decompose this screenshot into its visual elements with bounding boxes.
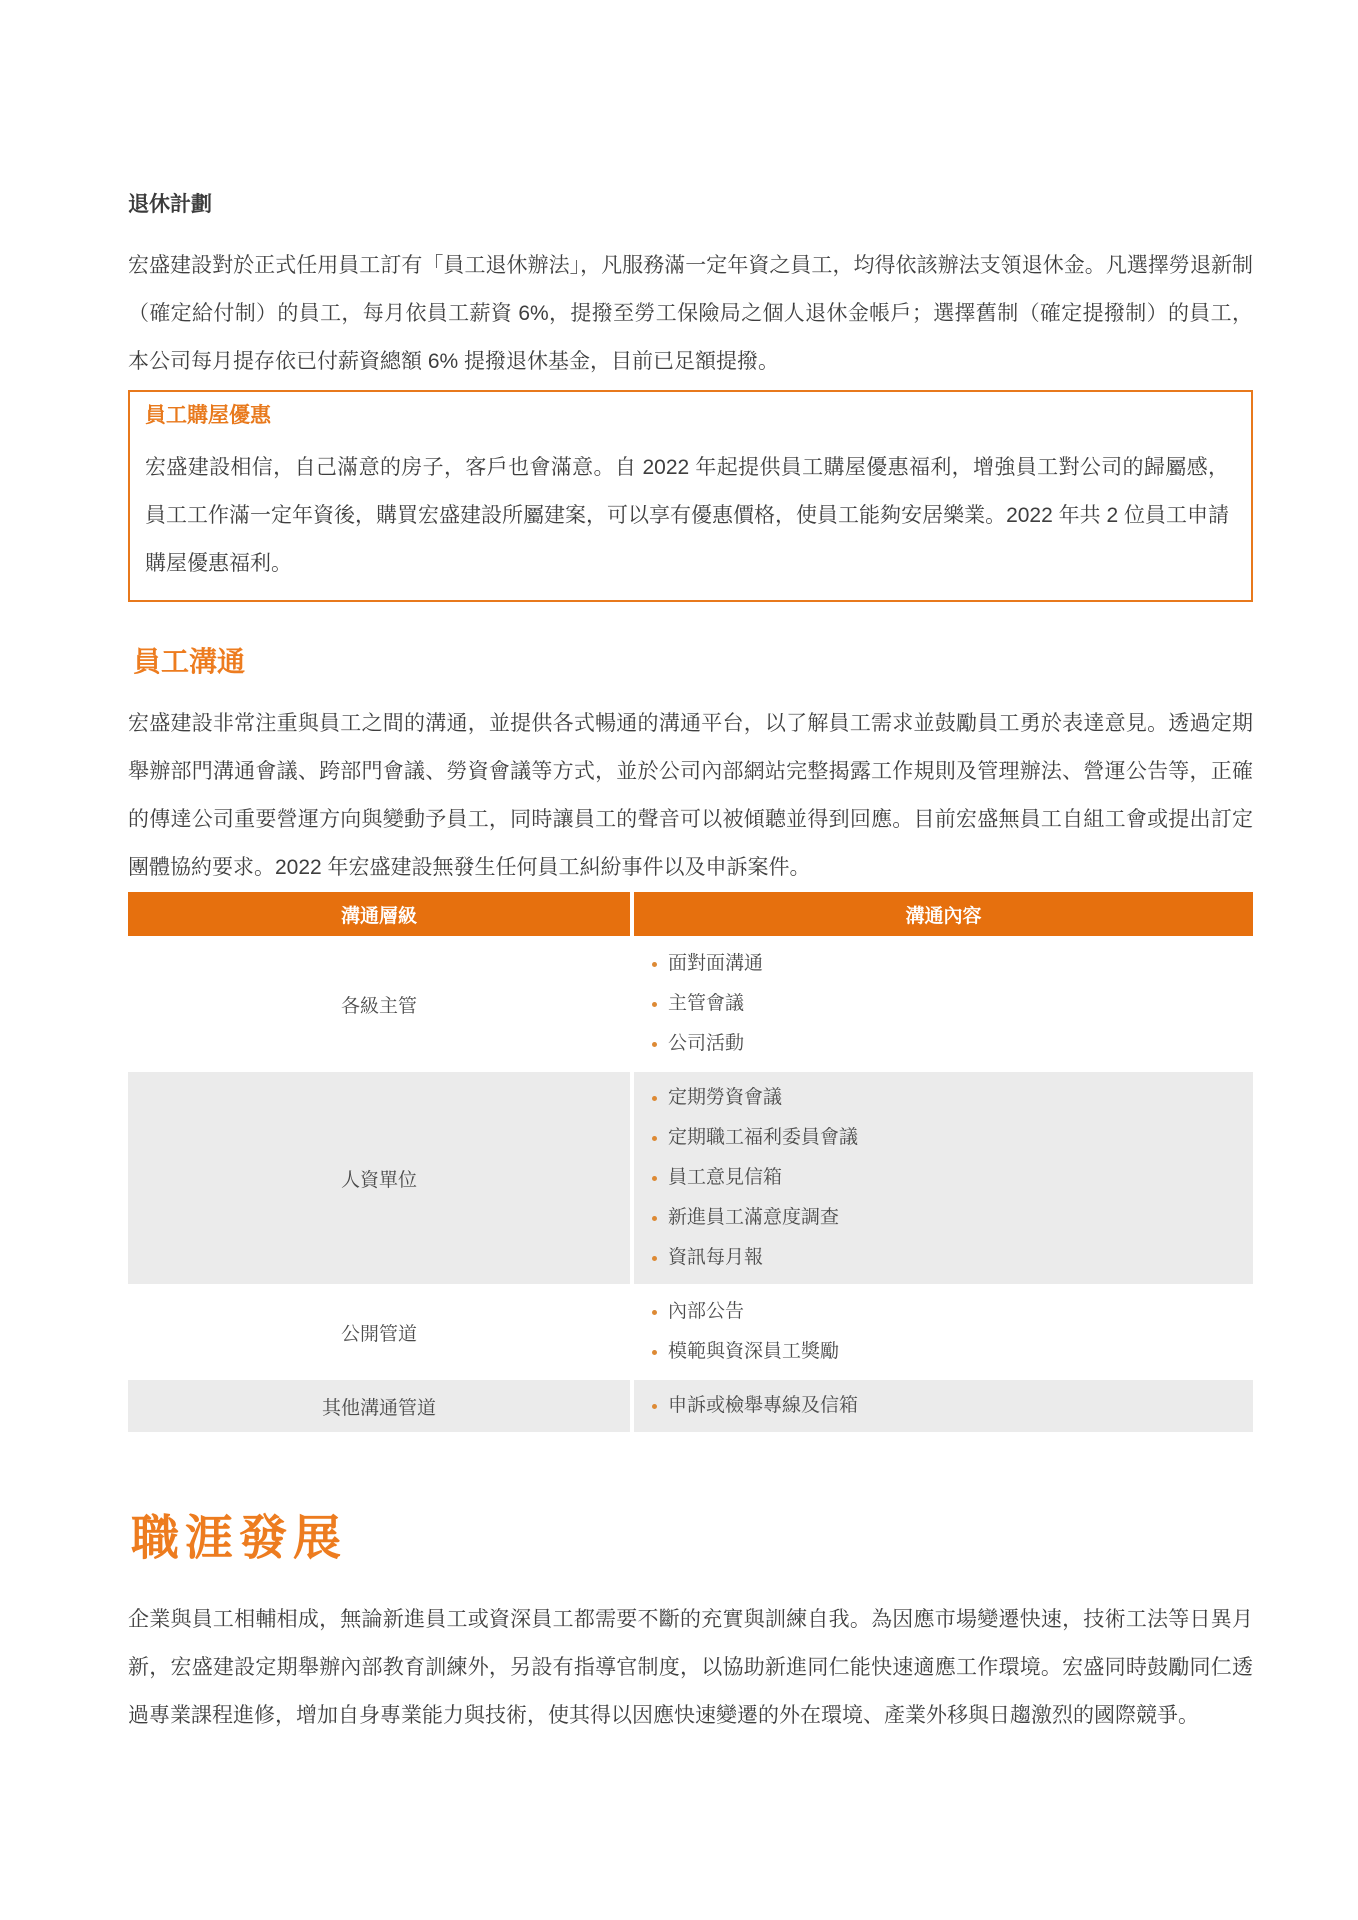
table-cell-level: 其他溝通管道 [128, 1380, 630, 1432]
communication-item-list: 內部公告模範與資深員工獎勵 [634, 1292, 1253, 1372]
communication-item: 定期職工福利委員會議 [634, 1118, 1253, 1158]
communication-item: 資訊每月報 [634, 1238, 1253, 1278]
table-cell-level: 人資單位 [128, 1072, 630, 1284]
bullet-dot-icon [652, 962, 657, 967]
employee-communication-paragraph: 宏盛建設非常注重與員工之間的溝通，並提供各式暢通的溝通平台，以了解員工需求並鼓勵… [128, 700, 1253, 892]
communication-item: 定期勞資會議 [634, 1078, 1253, 1118]
bullet-dot-icon [652, 1310, 657, 1315]
communication-item: 申訴或檢舉專線及信箱 [634, 1386, 1253, 1426]
page-content: 退休計劃 宏盛建設對於正式任用員工訂有「員工退休辦法」，凡服務滿一定年資之員工，… [128, 0, 1253, 1740]
bullet-dot-icon [652, 1002, 657, 1007]
communication-table-body: 各級主管面對面溝通主管會議公司活動人資單位定期勞資會議定期職工福利委員會議員工意… [128, 938, 1253, 1432]
bullet-dot-icon [652, 1096, 657, 1101]
bullet-dot-icon [652, 1256, 657, 1261]
communication-item-list: 面對面溝通主管會議公司活動 [634, 944, 1253, 1064]
bullet-dot-icon [652, 1404, 657, 1409]
communication-item: 主管會議 [634, 984, 1253, 1024]
bullet-dot-icon [652, 1350, 657, 1355]
table-row: 各級主管面對面溝通主管會議公司活動 [128, 938, 1253, 1070]
table-header-content: 溝通內容 [634, 892, 1253, 936]
retirement-plan-title: 退休計劃 [128, 192, 1253, 218]
table-cell-items: 申訴或檢舉專線及信箱 [634, 1380, 1253, 1432]
table-cell-items: 面對面溝通主管會議公司活動 [634, 938, 1253, 1070]
communication-item: 內部公告 [634, 1292, 1253, 1332]
communication-item: 模範與資深員工獎勵 [634, 1332, 1253, 1372]
housing-benefit-title: 員工購屋優惠 [145, 404, 1229, 428]
employee-communication-title: 員工溝通 [133, 646, 1253, 678]
communication-item-list: 申訴或檢舉專線及信箱 [634, 1386, 1253, 1426]
table-cell-items: 定期勞資會議定期職工福利委員會議員工意見信箱新進員工滿意度調查資訊每月報 [634, 1072, 1253, 1284]
table-row: 人資單位定期勞資會議定期職工福利委員會議員工意見信箱新進員工滿意度調查資訊每月報 [128, 1072, 1253, 1284]
communication-item: 新進員工滿意度調查 [634, 1198, 1253, 1238]
communication-item: 面對面溝通 [634, 944, 1253, 984]
bullet-dot-icon [652, 1042, 657, 1047]
communication-table-header: 溝通層級 溝通內容 [128, 892, 1253, 936]
retirement-plan-paragraph: 宏盛建設對於正式任用員工訂有「員工退休辦法」，凡服務滿一定年資之員工，均得依該辦… [128, 242, 1253, 386]
report-page: 退休計劃 宏盛建設對於正式任用員工訂有「員工退休辦法」，凡服務滿一定年資之員工，… [0, 0, 1358, 1920]
bullet-dot-icon [652, 1176, 657, 1181]
housing-benefit-paragraph: 宏盛建設相信，自己滿意的房子，客戶也會滿意。自 2022 年起提供員工購屋優惠福… [145, 444, 1229, 588]
housing-benefit-box: 員工購屋優惠 宏盛建設相信，自己滿意的房子，客戶也會滿意。自 2022 年起提供… [128, 390, 1253, 602]
career-development-paragraph: 企業與員工相輔相成，無論新進員工或資深員工都需要不斷的充實與訓練自我。為因應市場… [128, 1596, 1253, 1740]
communication-item: 公司活動 [634, 1024, 1253, 1064]
communication-item: 員工意見信箱 [634, 1158, 1253, 1198]
bullet-dot-icon [652, 1136, 657, 1141]
bullet-dot-icon [652, 1216, 657, 1221]
career-development-title: 職涯發展 [131, 1510, 1253, 1568]
communication-table: 溝通層級 溝通內容 各級主管面對面溝通主管會議公司活動人資單位定期勞資會議定期職… [128, 892, 1253, 1432]
table-row: 公開管道內部公告模範與資深員工獎勵 [128, 1286, 1253, 1378]
table-header-level: 溝通層級 [128, 892, 630, 936]
communication-item-list: 定期勞資會議定期職工福利委員會議員工意見信箱新進員工滿意度調查資訊每月報 [634, 1078, 1253, 1278]
table-cell-items: 內部公告模範與資深員工獎勵 [634, 1286, 1253, 1378]
table-row: 其他溝通管道申訴或檢舉專線及信箱 [128, 1380, 1253, 1432]
table-cell-level: 公開管道 [128, 1286, 630, 1378]
table-cell-level: 各級主管 [128, 938, 630, 1070]
